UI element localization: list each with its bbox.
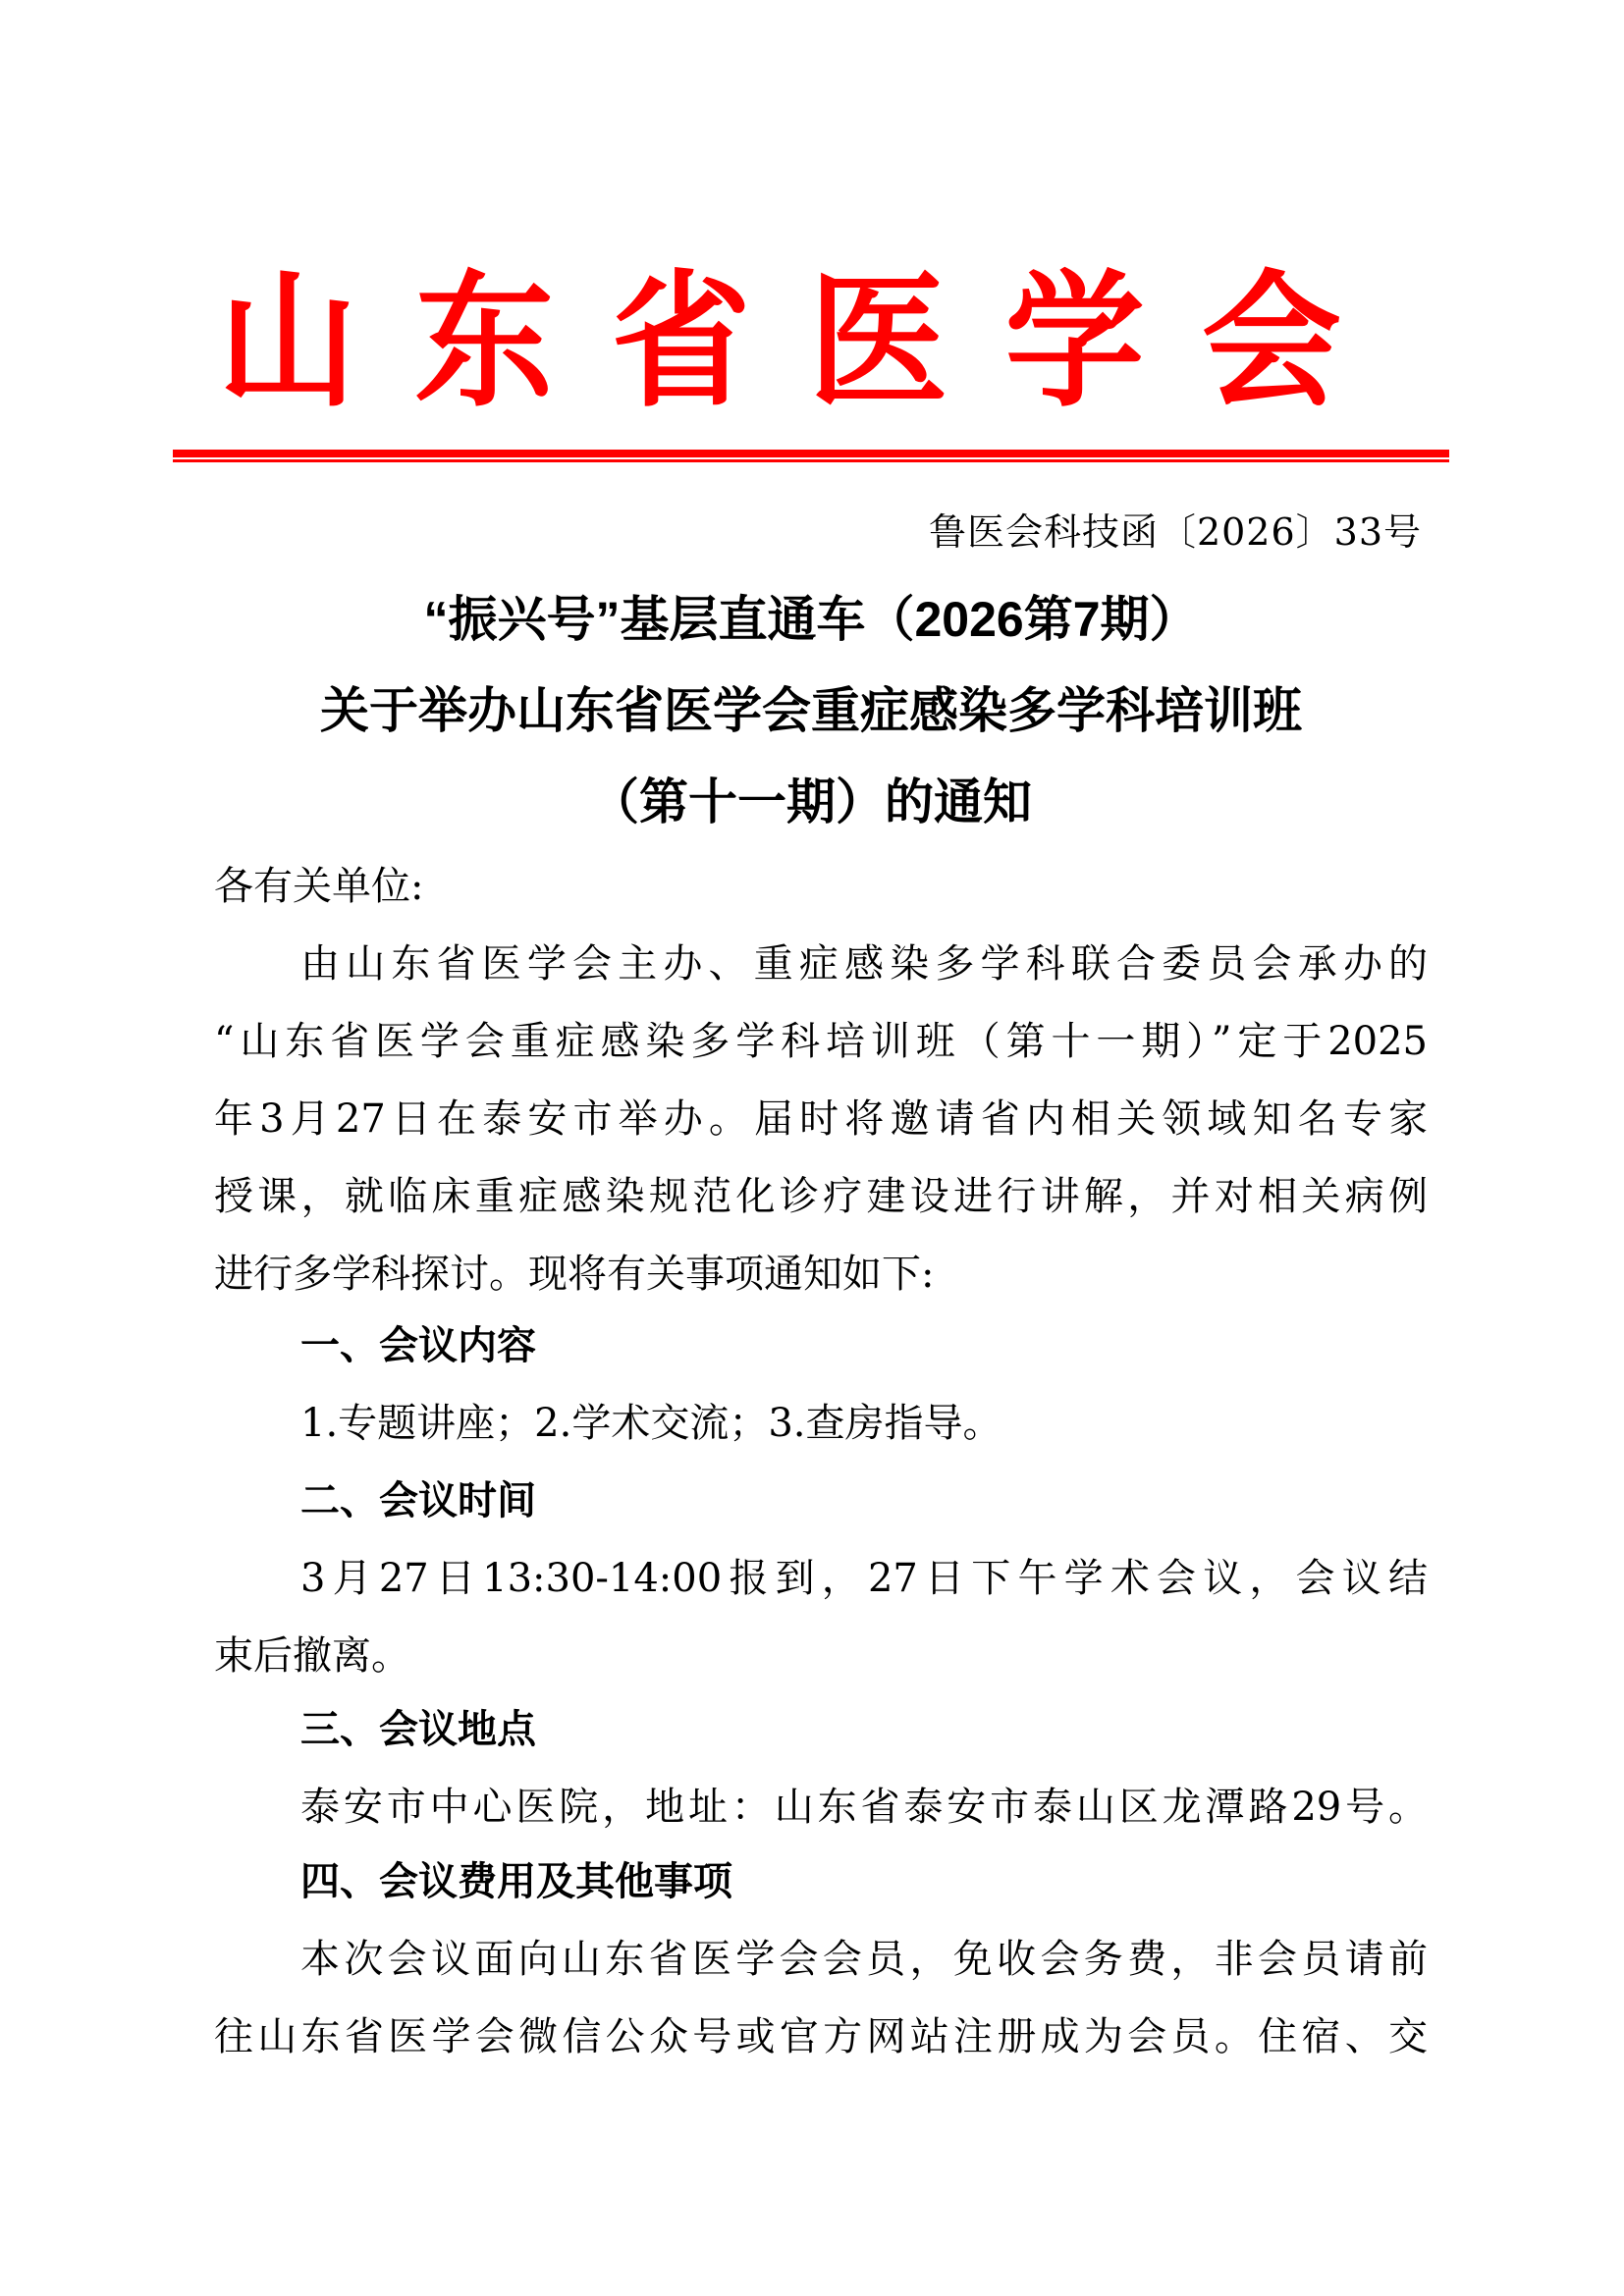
- body-line: 泰安市中心医院，地址：山东省泰安市泰山区龙潭路29号。: [300, 1778, 1428, 1837]
- body-line: “山东省医学会重症感染多学科培训班（第十一期）”定于2025: [214, 1012, 1428, 1071]
- body-line: 束后撤离。: [214, 1627, 1428, 1685]
- body-line: 进行多学科探讨。现将有关事项通知如下:: [214, 1245, 1428, 1304]
- body-line: 本次会议面向山东省医学会会员，免收会务费，非会员请前: [300, 1930, 1428, 1989]
- document-number: 鲁医会科技函〔2026〕33号: [929, 503, 1422, 561]
- doc-title-line-2: 关于举办山东省医学会重症感染多学科培训班: [173, 666, 1449, 756]
- section-heading: 三、会议地点: [300, 1700, 536, 1759]
- section-heading: 二、会议时间: [300, 1471, 536, 1530]
- doc-title-line-1: “振兴号”基层直通车（2026第7期）: [173, 574, 1449, 665]
- salutation: 各有关单位:: [214, 857, 1428, 916]
- red-divider-thick: [173, 450, 1449, 457]
- masthead-char: 会: [1202, 268, 1341, 414]
- masthead-char: 东: [414, 268, 554, 414]
- masthead-char: 省: [612, 268, 751, 414]
- body-line: 1.专题讲座；2.学术交流；3.查房指导。: [300, 1394, 1428, 1453]
- masthead-char: 医: [808, 268, 947, 414]
- body-line: 往山东省医学会微信公众号或官方网站注册成为会员。住宿、交: [214, 2007, 1428, 2066]
- body-line: 3月27日13:30-14:00报到，27日下午学术会议，会议结: [300, 1549, 1428, 1608]
- red-divider-thin: [173, 459, 1449, 462]
- section-heading: 一、会议内容: [300, 1316, 536, 1375]
- doc-title-line-3: （第十一期）的通知: [173, 757, 1449, 847]
- masthead-org-name: 山 东 省 医 学 会: [173, 263, 1449, 420]
- section-heading: 四、会议费用及其他事项: [300, 1852, 732, 1911]
- body-line: 授课，就临床重症感染规范化诊疗建设进行讲解，并对相关病例: [214, 1167, 1428, 1226]
- body-line: 由山东省医学会主办、重症感染多学科联合委员会承办的: [300, 934, 1428, 993]
- masthead-char: 山: [218, 268, 357, 414]
- masthead-char: 学: [1005, 268, 1145, 414]
- body-line: 年3月27日在泰安市举办。届时将邀请省内相关领域知名专家: [214, 1090, 1428, 1148]
